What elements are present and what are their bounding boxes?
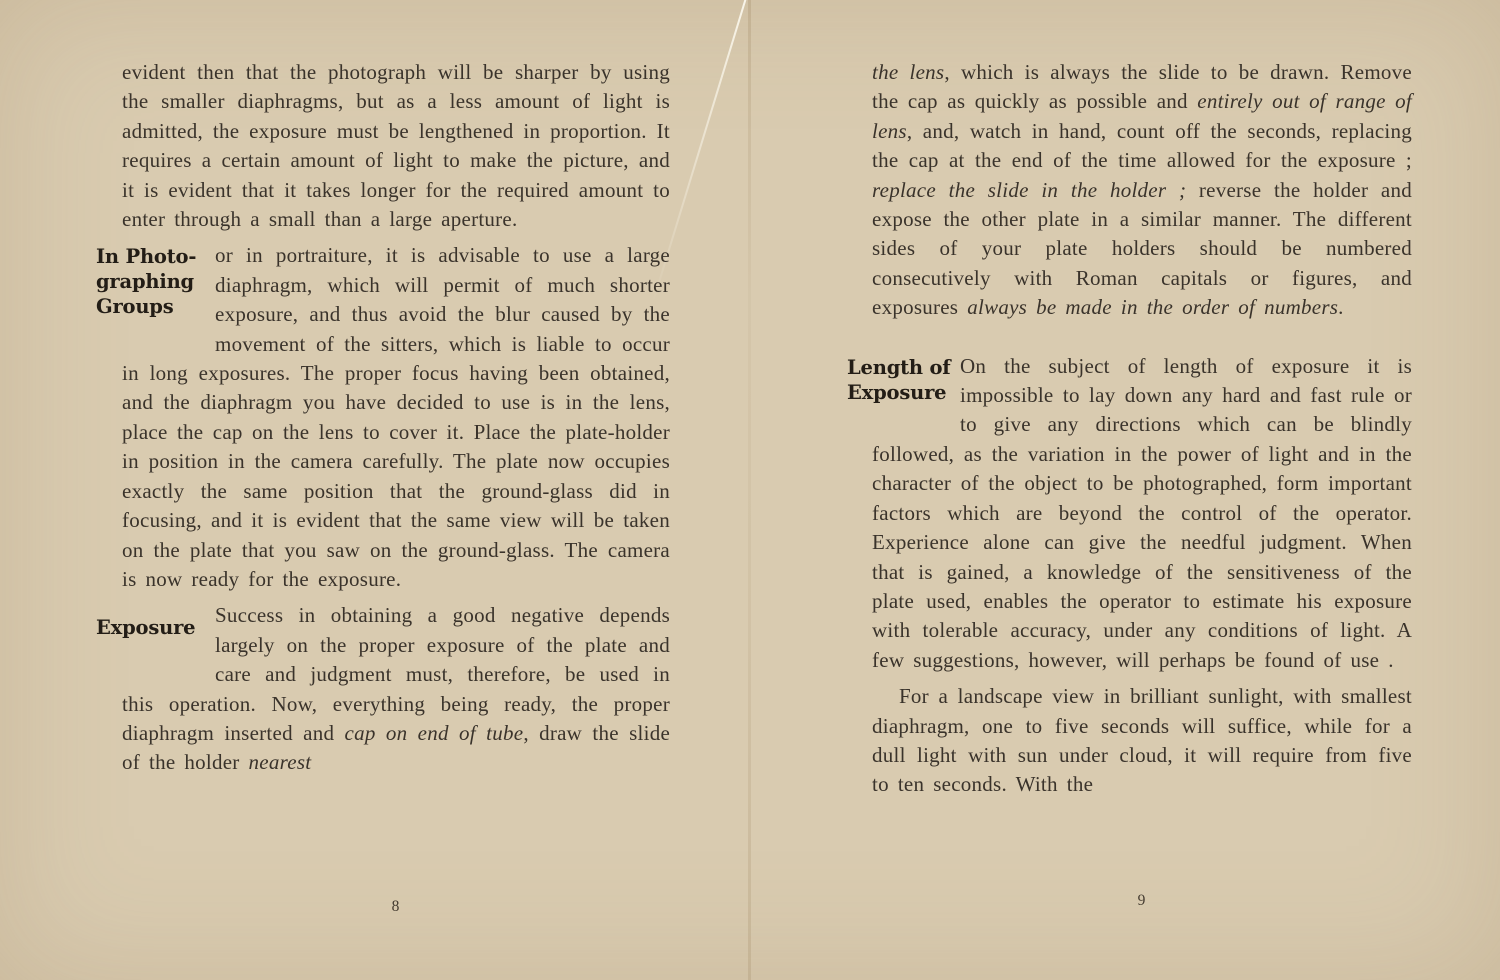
page-right: the lens, which is always the slide to b… [872, 58, 1412, 800]
section-length-of-exposure: Length ofExposure On the subject of leng… [872, 352, 1412, 675]
page-left: evident then that the photograph will be… [122, 58, 670, 778]
left-continued-paragraph: evident then that the photograph will be… [122, 58, 670, 234]
side-heading-length-of-exposure: Length ofExposure [847, 355, 965, 405]
page-number-right: 9 [872, 892, 1412, 910]
paragraph-text: evident then that the photograph will be… [122, 58, 670, 234]
gutter-crease-line [748, 0, 751, 980]
page-number-left: 8 [122, 898, 670, 916]
section-in-photographing-groups: In Photo-graphingGroups or in portraitur… [122, 241, 670, 594]
right-last-paragraph: For a landscape view in brilliant sunlig… [872, 682, 1412, 800]
paragraph-text: the lens, which is always the slide to b… [872, 58, 1412, 323]
side-heading-exposure: Exposure [96, 615, 214, 640]
paragraph-text: For a landscape view in brilliant sunlig… [872, 682, 1412, 800]
section-exposure: Exposure Success in obtaining a good neg… [122, 601, 670, 777]
side-heading-in-photographing-groups: In Photo-graphingGroups [96, 244, 214, 319]
right-continued-paragraph: the lens, which is always the slide to b… [872, 58, 1412, 323]
book-scan: evident then that the photograph will be… [0, 0, 1500, 980]
